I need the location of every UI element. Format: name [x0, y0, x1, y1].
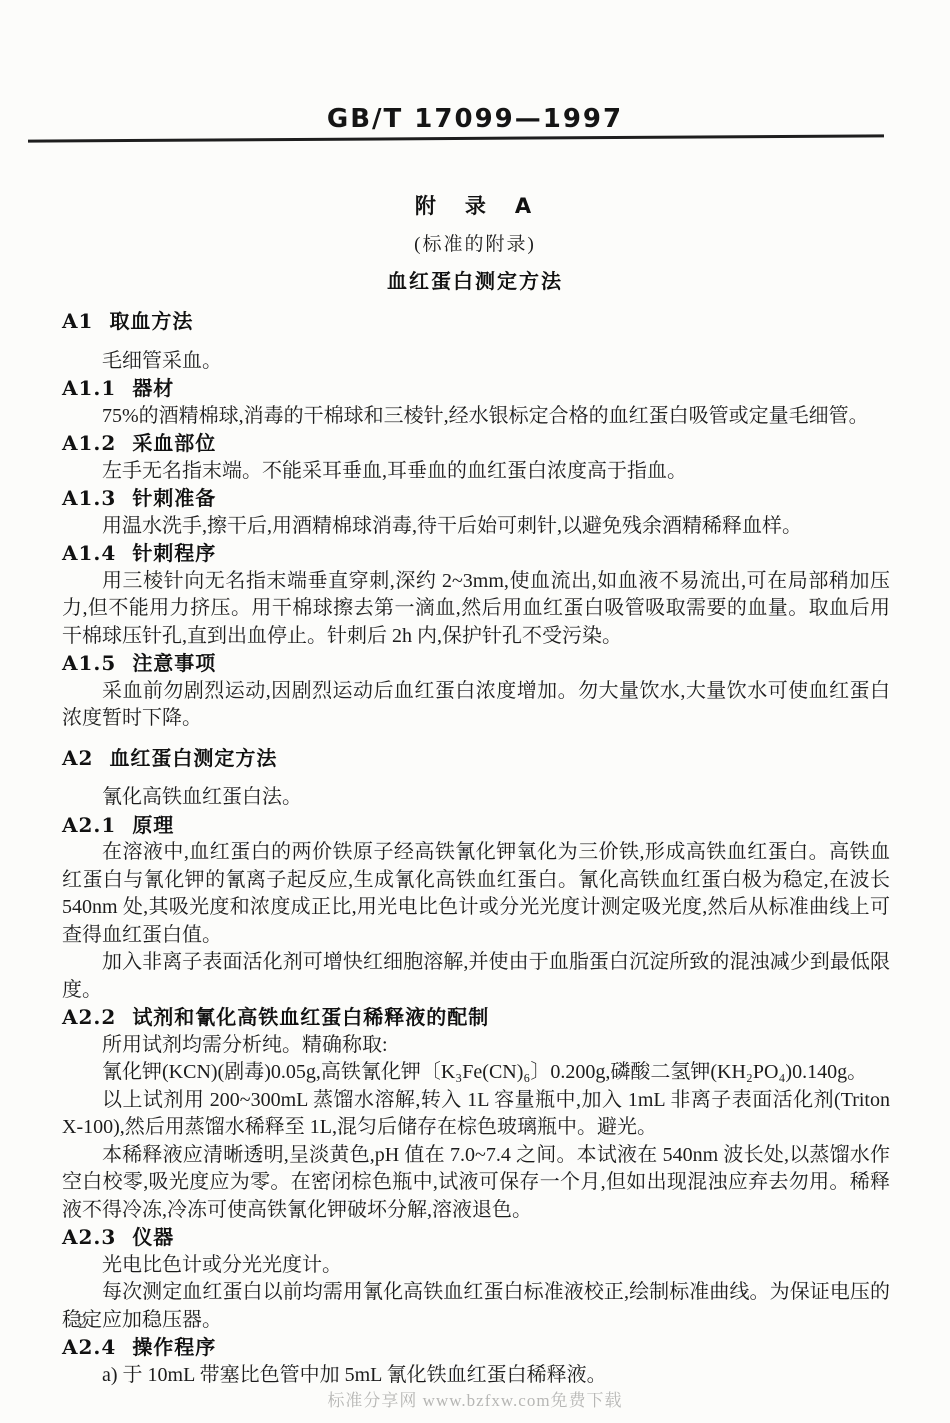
- section-title: 原理: [132, 813, 174, 837]
- paragraph: 所用试剂均需分析纯。精确称取:: [62, 1032, 890, 1060]
- section-heading-a2-2: A2.2试剂和氰化高铁血红蛋白稀释液的配制: [62, 1004, 890, 1032]
- paragraph: 采血前勿剧烈运动,因剧烈运动后血红蛋白浓度增加。勿大量饮水,大量饮水可使血红蛋白…: [62, 678, 890, 733]
- section-title: 操作程序: [132, 1335, 216, 1359]
- section-title: 器材: [132, 376, 174, 400]
- section-number: A1.3: [62, 486, 116, 510]
- page-number: 2: [78, 1312, 87, 1333]
- paragraph: a) 于 10mL 带塞比色管中加 5mL 氰化铁血红蛋白稀释液。: [62, 1362, 890, 1390]
- scanned-document-page: GB/T 17099—1997 附 录 A (标准的附录) 血红蛋白测定方法 A…: [0, 0, 950, 1423]
- appendix-title-block: 附 录 A (标准的附录) 血红蛋白测定方法: [0, 190, 950, 294]
- paragraph: 在溶液中,血红蛋白的两价铁原子经高铁氰化钾氧化为三价铁,形成高铁血红蛋白。高铁血…: [62, 839, 890, 949]
- section-number: A1.4: [62, 541, 116, 565]
- section-title: 针刺准备: [132, 486, 216, 510]
- section-heading-a2: A2血红蛋白测定方法: [62, 745, 890, 773]
- paragraph: 氰化高铁血红蛋白法。: [62, 784, 890, 812]
- section-number: A2: [62, 746, 93, 770]
- section-title: 采血部位: [132, 431, 216, 455]
- appendix-subtitle: (标准的附录): [0, 229, 950, 256]
- document-body: A1取血方法毛细管采血。A1.1器材75%的酒精棉球,消毒的干棉球和三棱针,经水…: [62, 296, 890, 1389]
- paragraph: 本稀释液应清晰透明,呈淡黄色,pH 值在 7.0~7.4 之间。本试液在 540…: [62, 1142, 890, 1225]
- appendix-title: 附 录 A: [0, 190, 950, 220]
- paragraph: 75%的酒精棉球,消毒的干棉球和三棱针,经水银标定合格的血红蛋白吸管或定量毛细管…: [62, 403, 890, 431]
- section-title: 仪器: [132, 1225, 174, 1249]
- section-heading-a1-5: A1.5注意事项: [62, 650, 890, 678]
- section-title: 试剂和氰化高铁血红蛋白稀释液的配制: [132, 1005, 489, 1029]
- header-rule: [28, 134, 884, 142]
- paragraph: 氰化钾(KCN)(剧毒)0.05g,高铁氰化钾〔K₃Fe(CN)₆〕0.200g…: [62, 1059, 890, 1087]
- paragraph: 左手无名指末端。不能采耳垂血,耳垂血的血红蛋白浓度高于指血。: [62, 458, 890, 486]
- paragraph: 毛细管采血。: [62, 348, 890, 376]
- section-heading-a1-1: A1.1器材: [62, 375, 890, 403]
- section-number: A2.2: [62, 1005, 116, 1029]
- standard-number-header: GB/T 17099—1997: [0, 104, 950, 134]
- watermark-footer: 标准分享网 www.bzfxw.com免费下载: [0, 1386, 950, 1411]
- section-number: A1: [62, 309, 93, 333]
- paragraph: 光电比色计或分光光度计。: [62, 1252, 890, 1280]
- paragraph: 用温水洗手,擦干后,用酒精棉球消毒,待干后始可刺针,以避免残余酒精稀释血样。: [62, 513, 890, 541]
- section-title: 注意事项: [132, 651, 216, 675]
- section-number: A2.1: [62, 813, 116, 837]
- section-number: A1.5: [62, 651, 116, 675]
- paragraph: 以上试剂用 200~300mL 蒸馏水溶解,转入 1L 容量瓶中,加入 1mL …: [62, 1087, 890, 1142]
- section-heading-a1-2: A1.2采血部位: [62, 430, 890, 458]
- paragraph: 用三棱针向无名指末端垂直穿刺,深约 2~3mm,使血流出,如血液不易流出,可在局…: [62, 568, 890, 651]
- section-title: 取血方法: [109, 309, 193, 333]
- appendix-heading: 血红蛋白测定方法: [0, 265, 950, 294]
- section-title: 血红蛋白测定方法: [109, 746, 277, 770]
- paragraph: 每次测定血红蛋白以前均需用氰化高铁血红蛋白标准液校正,绘制标准曲线。为保证电压的…: [62, 1279, 890, 1334]
- paragraph: 加入非离子表面活化剂可增快红细胞溶解,并使由于血脂蛋白沉淀所致的混浊减少到最低限…: [62, 949, 890, 1004]
- section-heading-a2-4: A2.4操作程序: [62, 1334, 890, 1362]
- section-heading-a2-1: A2.1原理: [62, 812, 890, 840]
- section-heading-a1-4: A1.4针刺程序: [62, 540, 890, 568]
- section-number: A2.4: [62, 1335, 116, 1359]
- section-number: A1.2: [62, 431, 116, 455]
- section-heading-a2-3: A2.3仪器: [62, 1224, 890, 1252]
- section-number: A1.1: [62, 376, 116, 400]
- section-heading-a1-3: A1.3针刺准备: [62, 485, 890, 513]
- section-number: A2.3: [62, 1225, 116, 1249]
- section-heading-a1: A1取血方法: [62, 308, 890, 336]
- section-title: 针刺程序: [132, 541, 216, 565]
